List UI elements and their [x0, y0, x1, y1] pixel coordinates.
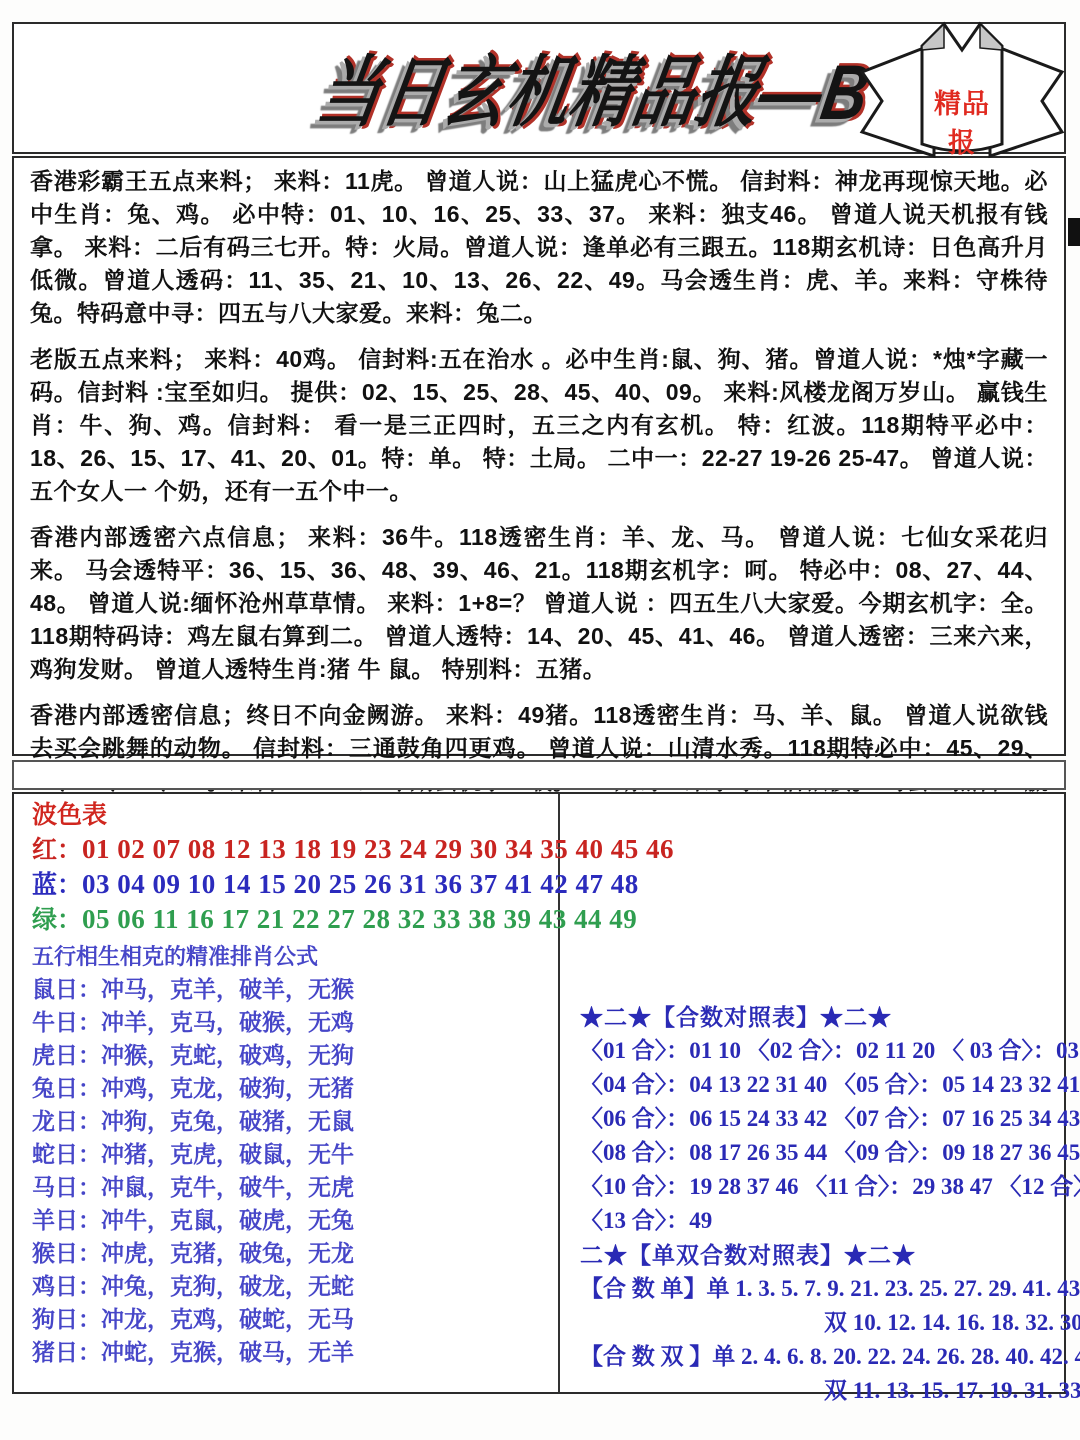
wuxing-row: 马日：冲鼠，克牛，破牛，无虎 [32, 1171, 547, 1204]
hesu-line: 〈06 合〉：06 15 24 33 42 〈07 合〉：07 16 25 34… [580, 1102, 1062, 1136]
hesu-line: 〈04 合〉：04 13 22 31 40 〈05 合〉：05 14 23 32… [580, 1068, 1062, 1102]
masthead-title: 当日玄机精品报—B [310, 30, 879, 141]
wuxing-row: 龙日：冲狗，克兔，破猪，无鼠 [32, 1105, 547, 1138]
hesu-line: 〈10 合〉：19 28 37 46 〈11 合〉：29 38 47 〈12 合… [580, 1170, 1062, 1204]
bose-row-green: 绿：05 06 11 16 17 21 22 27 28 32 33 38 39… [32, 902, 547, 937]
bose-row-red: 红：01 02 07 08 12 13 18 19 23 24 29 30 34… [32, 832, 547, 867]
divider-strip [12, 760, 1066, 790]
wuxing-row: 鼠日：冲马，克羊，破羊，无猴 [32, 973, 547, 1006]
danshuang-line: 双 10. 12. 14. 16. 18. 32. 30. 34. 36. 38 [580, 1306, 1062, 1340]
bose-row-numbers: 01 02 07 08 12 13 18 19 23 24 29 30 34 3… [82, 834, 674, 864]
hesu-table-heading: ★二★【合数对照表】★二★ [580, 1000, 1062, 1034]
ribbon-banner: 精品报 [856, 4, 1068, 162]
wuxing-row: 猪日：冲蛇，克猴，破马，无羊 [32, 1336, 547, 1369]
wuxing-heading: 五行相生相克的精准排肖公式 [32, 941, 547, 973]
danshuang-line: 双 11. 13. 15. 17. 19. 31. 33. 35. 37. 39 [580, 1374, 1062, 1408]
bose-row-label: 绿： [32, 906, 82, 934]
tables-box: 波色表 红：01 02 07 08 12 13 18 19 23 24 29 3… [12, 792, 1066, 1394]
bulletin-paragraph-2: 老版五点来料； 来料：40鸡。 信封料:五在治水 。必中生肖:鼠、狗、猪。曾道人… [30, 343, 1048, 508]
hesu-line: 〈01 合〉：01 10 〈02 合〉：02 11 20 〈 03 合〉：03 … [580, 1034, 1062, 1068]
wuxing-row: 牛日：冲羊，克马，破猴，无鸡 [32, 1006, 547, 1039]
bulletin-paragraph-1: 香港彩霸王五点来料； 来料：11虎。 曾道人说：山上猛虎心不慌。 信封料：神龙再… [30, 165, 1048, 330]
wuxing-row: 羊日：冲牛，克鼠，破虎，无兔 [32, 1204, 547, 1237]
bose-row-numbers: 03 04 09 10 14 15 20 25 26 31 36 37 41 4… [82, 869, 639, 899]
wuxing-row: 虎日：冲猴，克蛇，破鸡，无狗 [32, 1039, 547, 1072]
wuxing-row: 蛇日：冲猪，克虎，破鼠，无牛 [32, 1138, 547, 1171]
banner-label: 精品报 [922, 82, 1002, 160]
bose-row-numbers: 05 06 11 16 17 21 22 27 28 32 33 38 39 4… [82, 904, 637, 934]
danshuang-line: 【合 数 单】单 1. 3. 5. 7. 9. 21. 23. 25. 27. … [580, 1272, 1062, 1306]
bulletin-paragraph-3: 香港内部透密六点信息； 来料：36牛。118透密生肖：羊、龙、马。 曾道人说：七… [30, 521, 1048, 686]
left-column: 波色表 红：01 02 07 08 12 13 18 19 23 24 29 3… [32, 798, 547, 1369]
bulletin-text-box: 香港彩霸王五点来料； 来料：11虎。 曾道人说：山上猛虎心不慌。 信封料：神龙再… [12, 156, 1066, 756]
bose-table-heading: 波色表 [32, 798, 547, 832]
bose-row-label: 蓝： [32, 871, 82, 899]
wuxing-row: 狗日：冲龙，克鸡，破蛇，无马 [32, 1303, 547, 1336]
bose-row-blue: 蓝：03 04 09 10 14 15 20 25 26 31 36 37 41… [32, 867, 547, 902]
wuxing-row: 兔日：冲鸡，克龙，破狗，无猪 [32, 1072, 547, 1105]
wuxing-row: 猴日：冲虎，克猪，破兔，无龙 [32, 1237, 547, 1270]
hesu-line: 〈08 合〉：08 17 26 35 44 〈09 合〉：09 18 27 36… [580, 1136, 1062, 1170]
page-edge-mark [1068, 218, 1080, 246]
danshuang-table-heading: 二★【单双合数对照表】★二★ [580, 1238, 1062, 1272]
bose-row-label: 红： [32, 836, 82, 864]
danshuang-line: 【合 数 双 】单 2. 4. 6. 8. 20. 22. 24. 26. 28… [580, 1340, 1062, 1374]
hesu-line: 〈13 合〉：49 [580, 1204, 1062, 1238]
wuxing-row: 鸡日：冲兔，克狗，破龙，无蛇 [32, 1270, 547, 1303]
right-column: ★二★【合数对照表】★二★ 〈01 合〉：01 10 〈02 合〉：02 11 … [580, 1000, 1062, 1408]
